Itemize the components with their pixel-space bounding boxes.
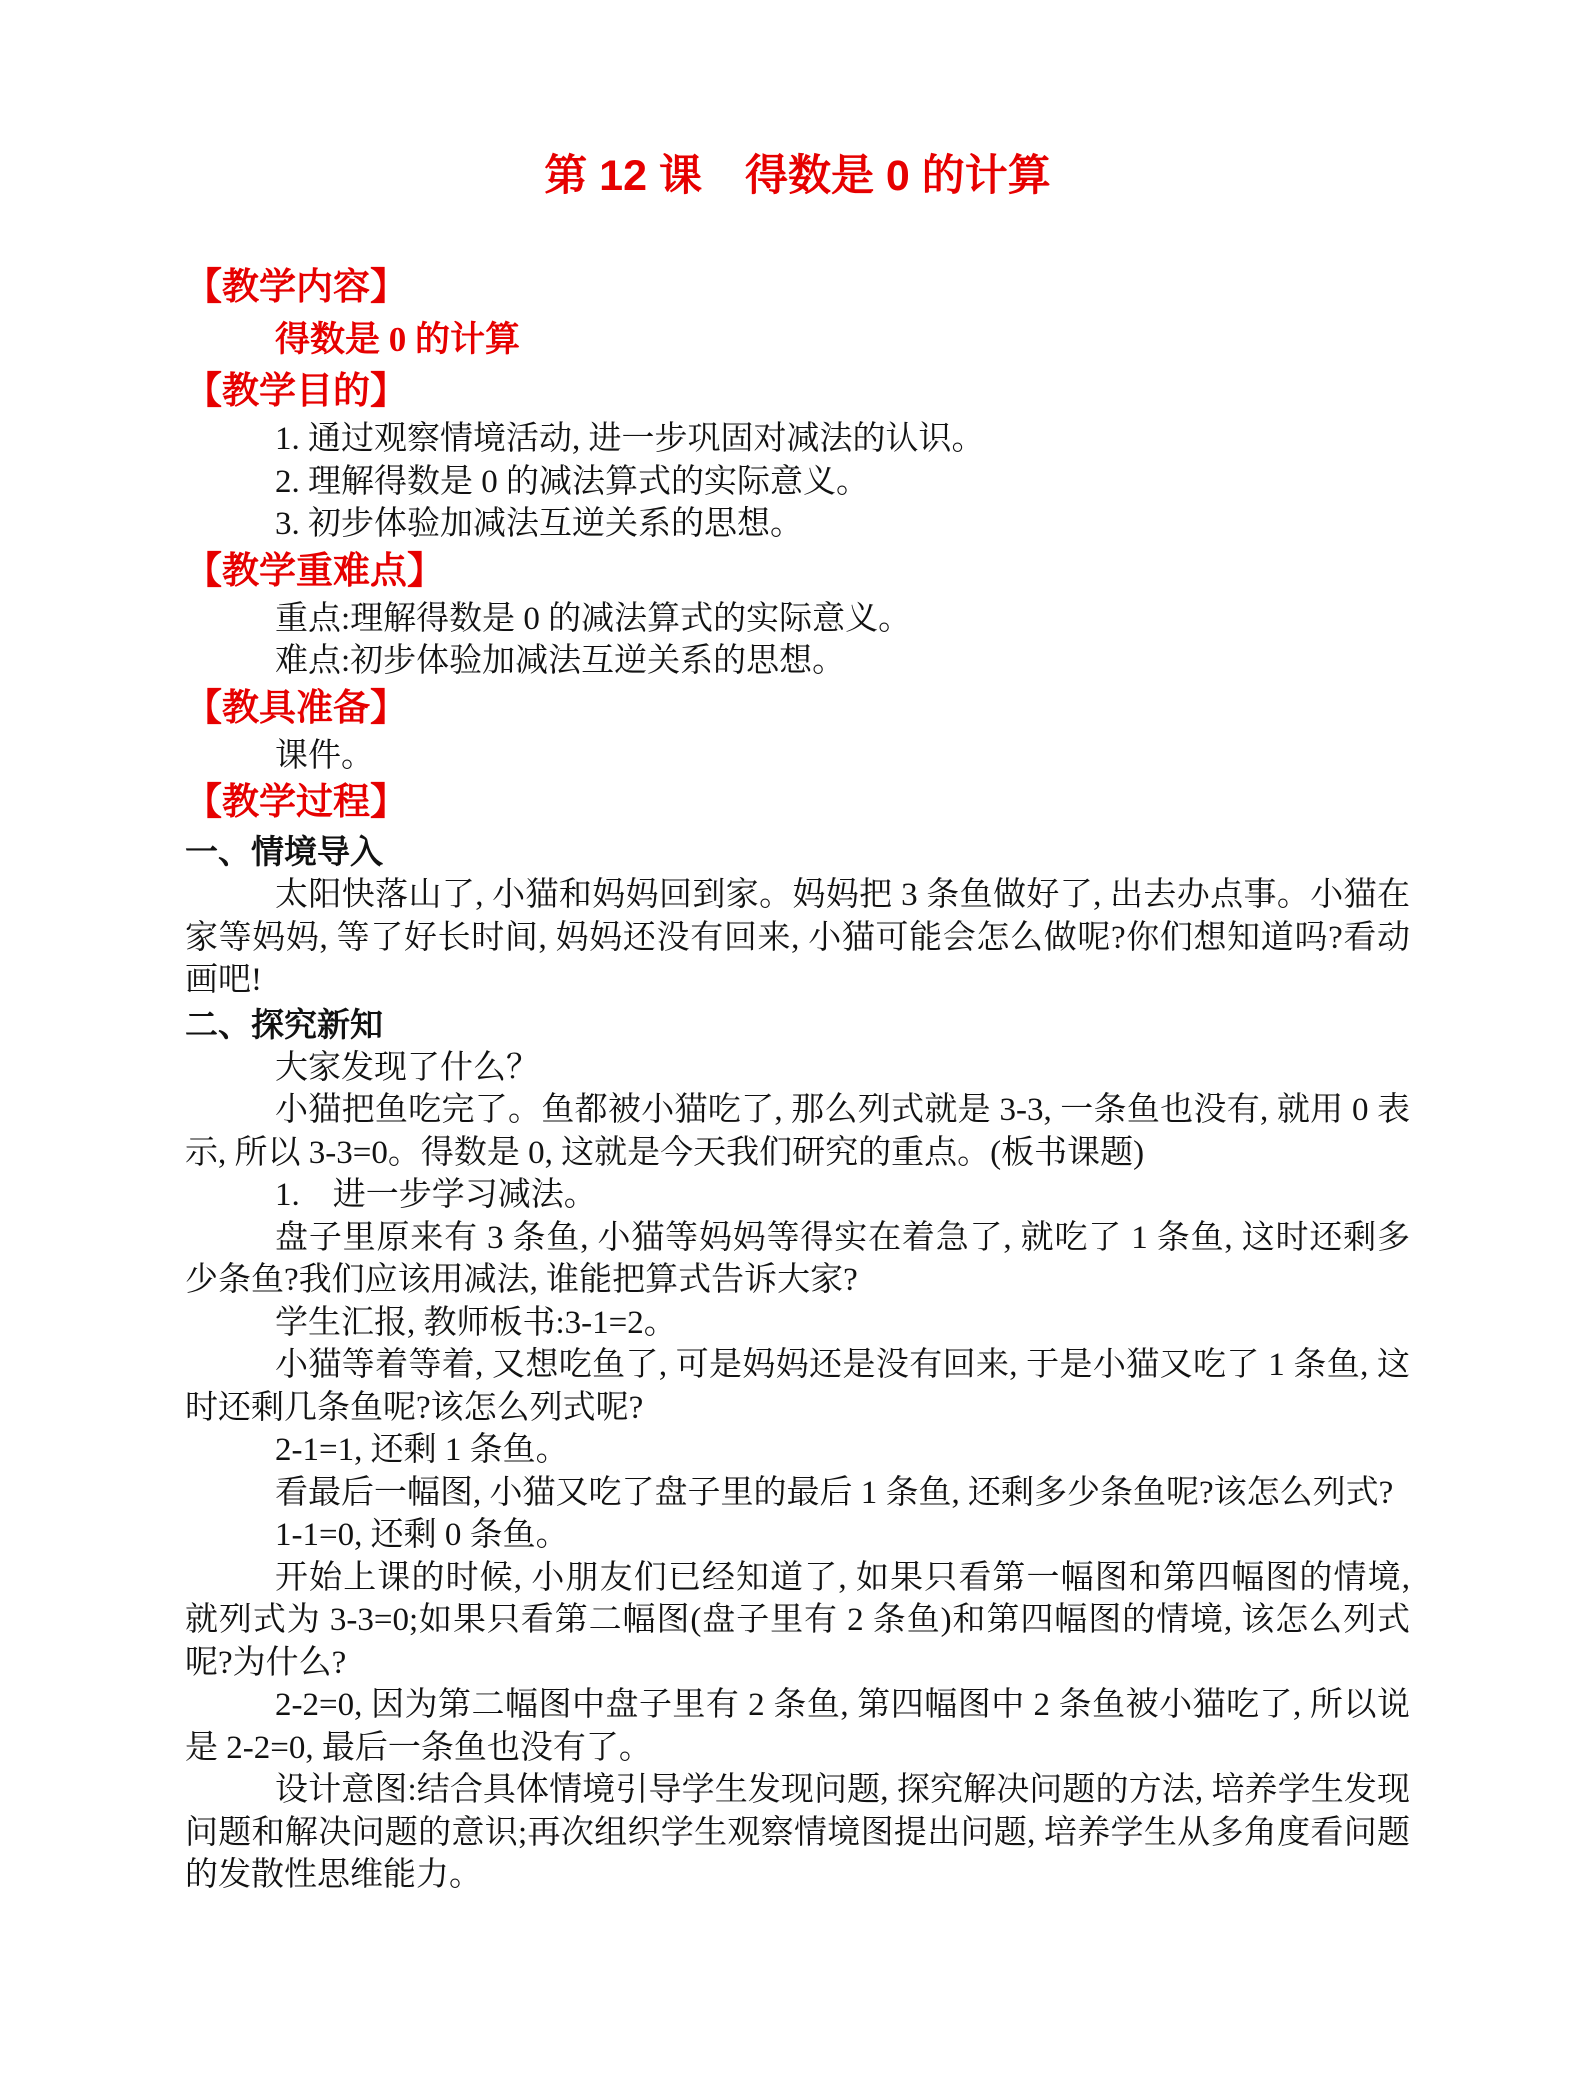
paragraph: 2-1=1, 还剩 1 条鱼。 <box>185 1429 1410 1472</box>
section-heading-teaching-process: 【教学过程】 <box>185 777 1410 829</box>
key-point-line: 重点:理解得数是 0 的减法算式的实际意义。 <box>185 598 1410 641</box>
paragraph: 看最后一幅图, 小猫又吃了盘子里的最后 1 条鱼, 还剩多少条鱼呢?该怎么列式? <box>185 1472 1410 1515</box>
paragraph: 大家发现了什么？ <box>185 1047 1410 1090</box>
aim-item-2: 2. 理解得数是 0 的减法算式的实际意义。 <box>185 461 1410 504</box>
aim-item-1: 1. 通过观察情境活动, 进一步巩固对减法的认识。 <box>185 418 1410 461</box>
section-heading-key-points: 【教学重难点】 <box>185 546 1410 598</box>
document-page: 第 12 课 得数是 0 的计算 【教学内容】得数是 0 的计算【教学目的】1.… <box>0 0 1587 2085</box>
paragraph: 小猫把鱼吃完了。鱼都被小猫吃了, 那么列式就是 3-3, 一条鱼也没有, 就用 … <box>185 1089 1410 1174</box>
teaching-aids-line: 课件。 <box>185 735 1410 778</box>
paragraph: 学生汇报, 教师板书:3-1=2。 <box>185 1302 1410 1345</box>
section-heading-teaching-content: 【教学内容】 <box>185 262 1410 314</box>
subsection-explore-new-knowledge: 二、探究新知 <box>185 1002 1410 1047</box>
section-heading-teaching-aids: 【教具准备】 <box>185 683 1410 735</box>
paragraph: 太阳快落山了, 小猫和妈妈回到家。妈妈把 3 条鱼做好了, 出去办点事。小猫在家… <box>185 874 1410 1002</box>
teaching-content-line: 得数是 0 的计算 <box>185 314 1410 366</box>
paragraph: 盘子里原来有 3 条鱼, 小猫等妈妈等得实在着急了, 就吃了 1 条鱼, 这时还… <box>185 1217 1410 1302</box>
paragraph: 1. 进一步学习减法。 <box>185 1174 1410 1217</box>
paragraph: 2-2=0, 因为第二幅图中盘子里有 2 条鱼, 第四幅图中 2 条鱼被小猫吃了… <box>185 1684 1410 1769</box>
paragraph: 设计意图:结合具体情境引导学生发现问题, 探究解决问题的方法, 培养学生发现问题… <box>185 1769 1410 1897</box>
doc-title: 第 12 课 得数是 0 的计算 <box>185 150 1410 202</box>
paragraph: 开始上课的时候, 小朋友们已经知道了, 如果只看第一幅图和第四幅图的情境, 就列… <box>185 1557 1410 1685</box>
subsection-situation-intro: 一、情境导入 <box>185 829 1410 874</box>
paragraph: 1-1=0, 还剩 0 条鱼。 <box>185 1514 1410 1557</box>
aim-item-3: 3. 初步体验加减法互逆关系的思想。 <box>185 503 1410 546</box>
document-body: 【教学内容】得数是 0 的计算【教学目的】1. 通过观察情境活动, 进一步巩固对… <box>185 262 1410 1897</box>
paragraph: 小猫等着等着, 又想吃鱼了, 可是妈妈还是没有回来, 于是小猫又吃了 1 条鱼,… <box>185 1344 1410 1429</box>
section-heading-teaching-aims: 【教学目的】 <box>185 366 1410 418</box>
difficult-point-line: 难点:初步体验加减法互逆关系的思想。 <box>185 640 1410 683</box>
